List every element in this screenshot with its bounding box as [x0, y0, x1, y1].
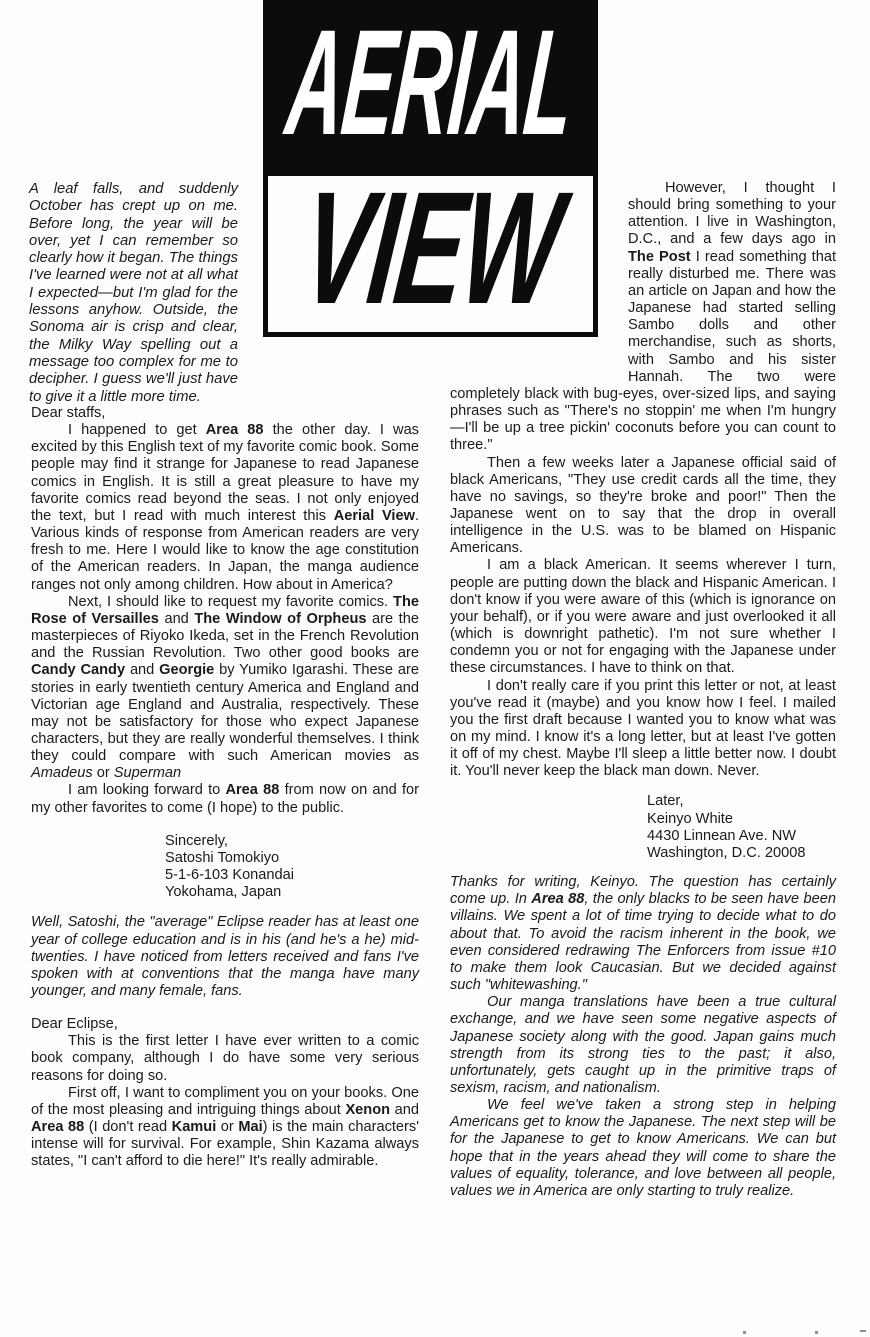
text-segment: The Window of Orpheus — [194, 611, 366, 627]
text-segment: Georgie — [159, 662, 214, 678]
letter1-paragraph: I happened to get Area 88 the other day.… — [31, 422, 419, 594]
text-segment: Area 88 — [206, 422, 264, 438]
text-segment: A leaf falls, and suddenly October has c… — [29, 181, 238, 405]
print-artifact — [860, 1330, 866, 1332]
letter2-paragraph: I am a black American. It seems wherever… — [450, 557, 836, 677]
editor-reply-1: Well, Satoshi, the "average" Eclipse rea… — [31, 914, 419, 1000]
letter2-signoff-line: 4430 Linnean Ave. NW — [647, 828, 836, 845]
letter2-paragraph: This is the first letter I have ever wri… — [31, 1033, 419, 1084]
text-segment: Well, Satoshi, the "average" Eclipse rea… — [31, 914, 419, 999]
text-segment: Amadeus — [31, 765, 93, 781]
letter1-paragraph: Next, I should like to request my favori… — [31, 594, 419, 783]
letter1-signoff-line: Satoshi Tomokiyo — [165, 850, 419, 867]
letter2-paragraph: First off, I want to compliment you on y… — [31, 1085, 419, 1171]
text-segment: Area 88 — [531, 891, 584, 907]
text-segment: Mai — [238, 1119, 262, 1135]
logo-wrap-spacer-right — [450, 180, 628, 379]
editor-intro: A leaf falls, and suddenly October has c… — [29, 181, 419, 406]
text-segment: Area 88 — [31, 1119, 84, 1135]
letter2-signoff-line: Later, — [647, 793, 836, 810]
text-segment: Aerial View — [334, 508, 415, 524]
logo-word-aerial: AERIAL — [282, 7, 580, 157]
text-segment: (I don't read — [84, 1119, 171, 1135]
text-segment: Next, I should like to request my favori… — [68, 594, 393, 610]
text-segment: Area 88 — [225, 782, 279, 798]
letter2-salutation: Dear Eclipse, — [31, 1016, 419, 1033]
letter2-signoff-line: Washington, D.C. 20008 — [647, 845, 836, 862]
aerial-view-letters-page: AERIAL VIEW A leaf falls, and suddenly O… — [0, 0, 870, 1337]
text-segment: Our manga translations have been a true … — [450, 994, 836, 1096]
editor-reply-paragraph: Our manga translations have been a true … — [450, 994, 836, 1097]
left-column: Dear staffs, I happened to get Area 88 t… — [31, 405, 419, 1171]
letter1-signoff: Sincerely, Satoshi Tomokiyo 5-1-6-103 Ko… — [165, 833, 419, 902]
text-segment: Xenon — [345, 1102, 390, 1118]
text-segment: and — [390, 1102, 419, 1118]
text-segment: or — [216, 1119, 238, 1135]
letter2-paragraph: I don't really care if you print this le… — [450, 678, 836, 781]
text-segment: I happened to get — [68, 422, 206, 438]
text-segment: and — [125, 662, 159, 678]
letter1-paragraph: I am looking forward to Area 88 from now… — [31, 782, 419, 816]
text-segment: I am a black American. It seems wherever… — [450, 557, 836, 676]
text-segment: I don't really care if you print this le… — [450, 678, 836, 780]
editor-reply-paragraph: Thanks for writing, Keinyo. The question… — [450, 874, 836, 994]
text-segment: Then a few weeks later a Japanese offici… — [450, 455, 836, 557]
editor-reply-paragraph: Well, Satoshi, the "average" Eclipse rea… — [31, 914, 419, 1000]
right-column: However, I thought I should bring someth… — [450, 180, 836, 1200]
text-segment: Kamui — [172, 1119, 217, 1135]
text-segment: or — [93, 765, 114, 781]
letter2-paragraph: Then a few weeks later a Japanese offici… — [450, 455, 836, 558]
text-segment: However, I thought I should bring someth… — [628, 180, 836, 247]
print-artifact — [815, 1331, 818, 1334]
editor-reply-paragraph: We feel we've taken a strong step in hel… — [450, 1097, 836, 1200]
letter1-signoff-line: Yokohama, Japan — [165, 884, 419, 901]
letter1-signoff-line: Sincerely, — [165, 833, 419, 850]
logo-wrap-spacer-left — [238, 181, 419, 384]
letter1-salutation: Dear staffs, — [31, 405, 419, 422]
letter2-signoff: Later, Keinyo White 4430 Linnean Ave. NW… — [647, 793, 836, 862]
logo-aerial-band: AERIAL — [263, 0, 598, 171]
text-segment: The Post — [628, 249, 691, 265]
text-segment: This is the first letter I have ever wri… — [31, 1033, 419, 1083]
text-segment: and — [159, 611, 194, 627]
text-segment: We feel we've taken a strong step in hel… — [450, 1097, 836, 1199]
print-artifact — [743, 1331, 746, 1334]
text-segment: Candy Candy — [31, 662, 125, 678]
letter1-signoff-line: 5-1-6-103 Konandai — [165, 867, 419, 884]
text-segment: I am looking forward to — [68, 782, 225, 798]
text-segment: Superman — [114, 765, 181, 781]
letter2-signoff-line: Keinyo White — [647, 811, 836, 828]
